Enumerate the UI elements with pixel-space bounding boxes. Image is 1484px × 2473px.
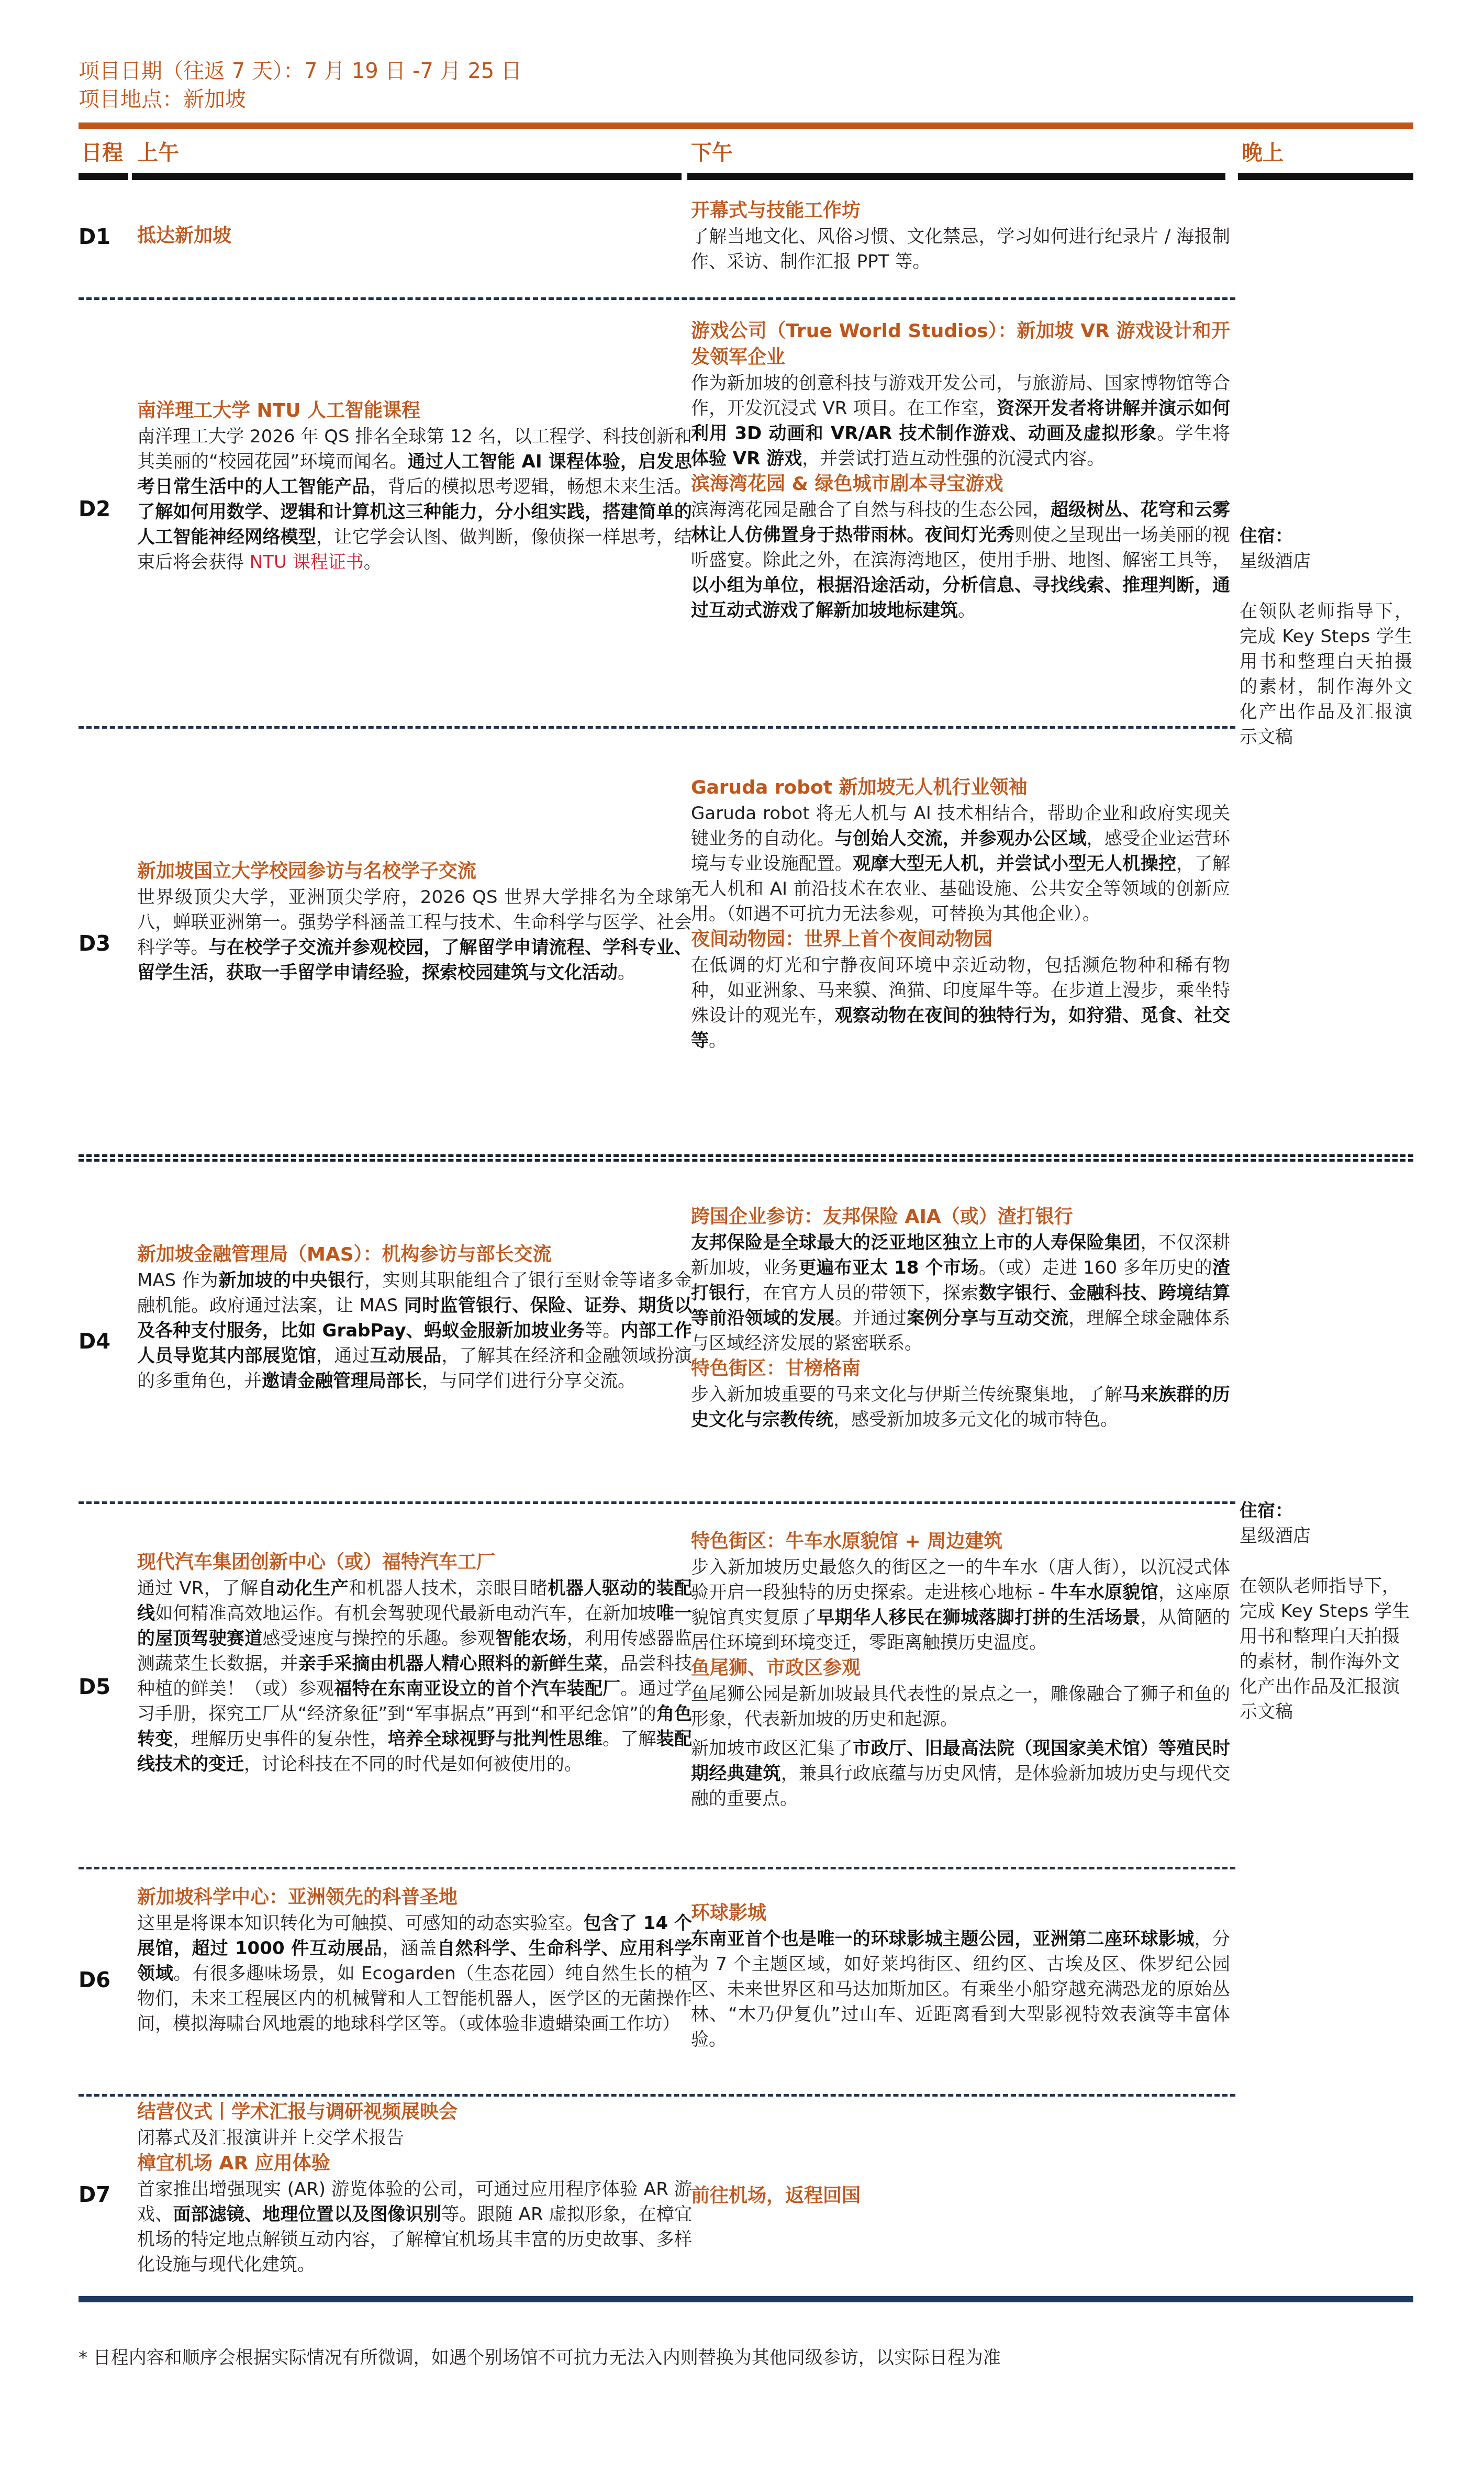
- pm-cell: 跨国企业参访：友邦保险 AIA（或）渣打银行 友邦保险是全球最大的泛亚地区独立上…: [691, 1204, 1230, 1432]
- activity-desc: 南洋理工大学 2026 年 QS 排名全球第 12 名，以工程学、科技创新和其美…: [137, 424, 692, 575]
- activity-desc: 东南亚首个也是唯一的环球影城主题公园，亚洲第二座环球影城，分为 7 个主题区域，…: [691, 1926, 1230, 2052]
- activity-desc: 新加坡市政区汇集了市政厅、旧最高法院（现国家美术馆）等殖民时期经典建筑，兼具行政…: [691, 1736, 1230, 1811]
- pm-cell: Garuda robot 新加坡无人机行业领袖 Garuda robot 将无人…: [691, 775, 1230, 1053]
- activity-desc: 滨海湾花园是融合了自然与科技的生态公园，超级树丛、花穹和云雾林让人仿佛置身于热带…: [691, 497, 1230, 623]
- col-header-evening: 晚上: [1242, 137, 1284, 169]
- row-divider: [79, 2094, 1235, 2097]
- col-header-day: 日程: [81, 137, 123, 169]
- lodging-value: 星级酒店: [1240, 1523, 1412, 1549]
- day-row-d1: D1 抵达新加坡 开幕式与技能工作坊 了解当地文化、风俗习惯、文化禁忌，学习如何…: [79, 188, 1235, 293]
- footnote: * 日程内容和顺序会根据实际情况有所微调，如遇个别场馆不可抗力无法入内则替换为其…: [79, 2345, 1001, 2370]
- am-cell: 新加坡国立大学校园参访与名校学子交流 世界级顶尖大学，亚洲顶尖学府，2026 Q…: [137, 859, 692, 985]
- lodging-label: 住宿：: [1240, 523, 1412, 549]
- row-divider: [79, 297, 1235, 300]
- table-bottom-rule: [79, 2296, 1413, 2302]
- day-label: D4: [79, 1330, 126, 1354]
- activity-title: Garuda robot 新加坡无人机行业领袖: [691, 775, 1230, 801]
- pm-cell: 游戏公司（True World Studios）：新加坡 VR 游戏设计和开发领…: [691, 318, 1230, 623]
- day-row-d5: D5 现代汽车集团创新中心（或）福特汽车工厂 通过 VR，了解自动化生产和机器人…: [79, 1508, 1235, 1864]
- activity-desc: 通过 VR，了解自动化生产和机器人技术，亲眼目睹机器人驱动的装配线如何精准高效地…: [137, 1576, 692, 1777]
- activity-title: 抵达新加坡: [137, 223, 692, 249]
- row-divider: [79, 726, 1235, 729]
- activity-title: 前往机场，返程回国: [691, 2183, 1230, 2209]
- am-cell: 新加坡科学中心：亚洲领先的科普圣地 这里是将课本知识转化为可触摸、可感知的动态实…: [137, 1885, 692, 2036]
- activity-desc: 闭幕式及汇报演讲并上交学术报告: [137, 2125, 692, 2151]
- activity-title: 跨国企业参访：友邦保险 AIA（或）渣打银行: [691, 1204, 1230, 1230]
- pm-cell: 开幕式与技能工作坊 了解当地文化、风俗习惯、文化禁忌，学习如何进行纪录片 / 海…: [691, 198, 1230, 274]
- day-row-d4: D4 新加坡金融管理局（MAS）：机构参访与部长交流 MAS 作为新加坡的中央银…: [79, 1199, 1235, 1497]
- activity-desc: 友邦保险是全球最大的泛亚地区独立上市的人寿保险集团，不仅深耕新加坡，业务更遍布亚…: [691, 1230, 1230, 1356]
- activity-desc: 作为新加坡的创意科技与游戏开发公司，与旅游局、国家博物馆等合作，开发沉浸式 VR…: [691, 371, 1230, 471]
- activity-desc: 这里是将课本知识转化为可触摸、可感知的动态实验室。包含了 14 个展馆，超过 1…: [137, 1911, 692, 2036]
- day-row-d3: D3 新加坡国立大学校园参访与名校学子交流 世界级顶尖大学，亚洲顶尖学府，202…: [79, 738, 1235, 1152]
- certificate-highlight: NTU 课程证书: [250, 552, 364, 573]
- col-header-am: 上午: [137, 137, 179, 169]
- lodging-value: 星级酒店: [1240, 549, 1412, 574]
- activity-title: 夜间动物园：世界上首个夜间动物园: [691, 927, 1230, 953]
- activity-title: 新加坡金融管理局（MAS）：机构参访与部长交流: [137, 1242, 692, 1268]
- activity-title: 环球影城: [691, 1900, 1230, 1926]
- activity-title: 南洋理工大学 NTU 人工智能课程: [137, 398, 692, 424]
- activity-title: 新加坡国立大学校园参访与名校学子交流: [137, 859, 692, 885]
- day-label: D7: [79, 2183, 126, 2207]
- activity-title: 樟宜机场 AR 应用体验: [137, 2151, 692, 2177]
- activity-desc: Garuda robot 将无人机与 AI 技术相结合，帮助企业和政府实现关键业…: [691, 801, 1230, 927]
- activity-title: 开幕式与技能工作坊: [691, 198, 1230, 224]
- am-cell: 现代汽车集团创新中心（或）福特汽车工厂 通过 VR，了解自动化生产和机器人技术，…: [137, 1550, 692, 1777]
- project-date: 项目日期（往返 7 天）：7 月 19 日 -7 月 25 日: [79, 58, 522, 85]
- evening-cell-d4-d7: 住宿： 星级酒店 在领队老师指导下，完成 Key Steps 学生用书和整理白天…: [1240, 1498, 1412, 1724]
- activity-title: 特色街区：牛车水原貌馆 + 周边建筑: [691, 1529, 1230, 1555]
- col-header-pm: 下午: [691, 137, 733, 169]
- activity-desc: 步入新加坡重要的马来文化与伊斯兰传统聚集地，了解马来族群的历史文化与宗教传统，感…: [691, 1382, 1230, 1432]
- section-divider-double: [79, 1154, 1413, 1162]
- activity-desc: 鱼尾狮公园是新加坡最具代表性的景点之一，雕像融合了狮子和鱼的形象，代表新加坡的历…: [691, 1681, 1230, 1732]
- activity-title: 特色街区：甘榜格南: [691, 1356, 1230, 1382]
- day-label: D2: [79, 497, 126, 521]
- row-divider: [79, 1501, 1235, 1504]
- am-cell: 抵达新加坡: [137, 223, 692, 249]
- lodging-label: 住宿：: [1240, 1498, 1412, 1523]
- am-cell: 新加坡金融管理局（MAS）：机构参访与部长交流 MAS 作为新加坡的中央银行，实…: [137, 1242, 692, 1394]
- activity-desc: 在低调的灯光和宁静夜间环境中亲近动物，包括濒危物种和稀有物种，如亚洲象、马来貘、…: [691, 953, 1230, 1053]
- day-label: D1: [79, 225, 126, 249]
- day-label: D3: [79, 932, 126, 956]
- activity-title: 结营仪式丨学术汇报与调研视频展映会: [137, 2099, 692, 2125]
- evening-task: 在领队老师指导下，完成 Key Steps 学生用书和整理白天拍摄的素材，制作海…: [1240, 599, 1412, 750]
- activity-title: 新加坡科学中心：亚洲领先的科普圣地: [137, 1885, 692, 1911]
- activity-title: 鱼尾狮、市政区参观: [691, 1655, 1230, 1681]
- header-rule-am: [132, 173, 682, 180]
- am-cell: 南洋理工大学 NTU 人工智能课程 南洋理工大学 2026 年 QS 排名全球第…: [137, 398, 692, 575]
- am-cell: 结营仪式丨学术汇报与调研视频展映会 闭幕式及汇报演讲并上交学术报告 樟宜机场 A…: [137, 2099, 692, 2277]
- pm-cell: 环球影城 东南亚首个也是唯一的环球影城主题公园，亚洲第二座环球影城，分为 7 个…: [691, 1900, 1230, 2052]
- header-rule-orange: [79, 122, 1413, 129]
- activity-desc: 世界级顶尖大学，亚洲顶尖学府，2026 QS 世界大学排名为全球第八，蝉联亚洲第…: [137, 885, 692, 985]
- day-label: D6: [79, 1968, 126, 1992]
- activity-title: 滨海湾花园 & 绿色城市剧本寻宝游戏: [691, 471, 1230, 497]
- activity-desc: 步入新加坡历史最悠久的街区之一的牛车水（唐人街），以沉浸式体验开启一段独特的历史…: [691, 1555, 1230, 1655]
- day-row-d7: D7 结营仪式丨学术汇报与调研视频展映会 闭幕式及汇报演讲并上交学术报告 樟宜机…: [79, 2099, 1235, 2293]
- activity-title: 游戏公司（True World Studios）：新加坡 VR 游戏设计和开发领…: [691, 318, 1230, 371]
- day-label: D5: [79, 1675, 126, 1699]
- activity-title: 现代汽车集团创新中心（或）福特汽车工厂: [137, 1550, 692, 1576]
- project-location: 项目地点：新加坡: [79, 86, 246, 113]
- activity-desc: 首家推出增强现实 (AR) 游览体验的公司，可通过应用程序体验 AR 游戏、面部…: [137, 2177, 692, 2277]
- evening-cell-d1-d3: 住宿： 星级酒店 在领队老师指导下，完成 Key Steps 学生用书和整理白天…: [1240, 523, 1412, 750]
- activity-desc: 了解当地文化、风俗习惯、文化禁忌，学习如何进行纪录片 / 海报制作、采访、制作汇…: [691, 224, 1230, 274]
- pm-cell: 前往机场，返程回国: [691, 2183, 1230, 2209]
- header-rule-pm: [687, 173, 1225, 180]
- pm-cell: 特色街区：牛车水原貌馆 + 周边建筑 步入新加坡历史最悠久的街区之一的牛车水（唐…: [691, 1529, 1230, 1811]
- row-divider: [79, 1867, 1235, 1869]
- header-rule-evening: [1238, 173, 1413, 180]
- evening-task: 在领队老师指导下，完成 Key Steps 学生用书和整理白天拍摄的素材，制作海…: [1240, 1574, 1412, 1724]
- day-row-d6: D6 新加坡科学中心：亚洲领先的科普圣地 这里是将课本知识转化为可触摸、可感知的…: [79, 1874, 1235, 2094]
- header-rule-day: [79, 173, 128, 180]
- day-row-d2: D2 南洋理工大学 NTU 人工智能课程 南洋理工大学 2026 年 QS 排名…: [79, 309, 1235, 722]
- activity-desc: MAS 作为新加坡的中央银行，实则其职能组合了银行至财金等诸多金融机能。政府通过…: [137, 1268, 692, 1394]
